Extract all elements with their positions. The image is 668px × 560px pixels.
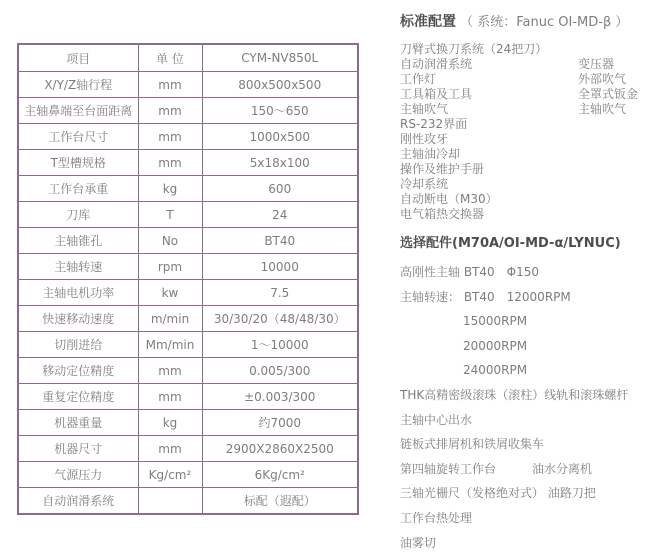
list-item: 链板式排屑机和铁屑收集车 (400, 432, 664, 457)
list-item: 油雾切 (400, 531, 664, 556)
spec-table: 项目 单 位 CYM-NV850L X/Y/Z轴行程mm800x500x500 … (17, 43, 359, 515)
table-row: 工作台承重kg600 (18, 176, 358, 202)
spec-unit-cell: mm (138, 150, 202, 176)
spec-unit-cell: kg (138, 176, 202, 202)
table-header-row: 项目 单 位 CYM-NV850L (18, 44, 358, 72)
spec-value-cell: ±0.003/300 (202, 384, 358, 410)
table-row: X/Y/Z轴行程mm800x500x500 (18, 72, 358, 98)
table-row: 主轴锥孔NoBT40 (18, 228, 358, 254)
list-item: 主轴吹气 (578, 102, 664, 117)
list-item: RS-232界面 (400, 117, 578, 132)
table-row: 刀库T24 (18, 202, 358, 228)
spec-value-cell: 1～10000 (202, 332, 358, 358)
list-item: 高刚性主轴 BT40 Φ150 (400, 260, 664, 285)
spec-item-cell: 主轴电机功率 (18, 280, 138, 306)
table-row: 主轴鼻端至台面距离mm150～650 (18, 98, 358, 124)
table-row: T型槽规格mm5x18x100 (18, 150, 358, 176)
optional-parts-title: 选择配件 (400, 236, 452, 251)
spec-unit-cell: No (138, 228, 202, 254)
table-row: 主轴电机功率kw7.5 (18, 280, 358, 306)
list-item: 主轴油冷却 (400, 147, 578, 162)
list-item: THK高精密级滚珠（滚柱）线轨和滚珠螺杆 (400, 383, 664, 408)
list-item: 工作灯 (400, 72, 578, 87)
spec-item-cell: 主轴转速 (18, 254, 138, 280)
spec-value-cell: 2900X2860X2500 (202, 436, 358, 462)
spec-item-cell: 主轴锥孔 (18, 228, 138, 254)
spec-unit-cell: kg (138, 410, 202, 436)
list-item: 15000RPM (400, 309, 664, 334)
spec-unit-cell (138, 488, 202, 515)
list-item: 变压器 (578, 57, 664, 72)
header-item: 项目 (18, 44, 138, 72)
list-item: 电气箱热交换器 (400, 207, 578, 222)
config-panel: 标准配置 （ 系统：Fanuc OI-MD-β ） 刀臂式换刀系统（24把刀） … (400, 13, 664, 555)
spec-item-cell: 刀库 (18, 202, 138, 228)
standard-config-lists: 自动润滑系统 工作灯 工具箱及工具 主轴吹气 RS-232界面 刚性攻牙 主轴油… (400, 57, 664, 222)
spec-item-cell: 快速移动速度 (18, 306, 138, 332)
spec-item-cell: 气源压力 (18, 462, 138, 488)
spec-item-cell: 机器重量 (18, 410, 138, 436)
optional-parts-list: 高刚性主轴 BT40 Φ150 主轴转速： BT40 12000RPM 1500… (400, 260, 664, 555)
spec-unit-cell: Mm/min (138, 332, 202, 358)
standard-config-first-item: 刀臂式换刀系统（24把刀） (400, 42, 664, 57)
spec-unit-cell: kw (138, 280, 202, 306)
header-unit: 单 位 (138, 44, 202, 72)
optional-parts-heading: 选择配件(M70A/OI-MD-α/LYNUC) (400, 235, 664, 253)
spec-value-cell: BT40 (202, 228, 358, 254)
header-model: CYM-NV850L (202, 44, 358, 72)
spec-item-cell: 工作台尺寸 (18, 124, 138, 150)
list-item: 全罩式钣金 (578, 87, 664, 102)
list-item: 冷却系统 (400, 177, 578, 192)
standard-config-heading: 标准配置 （ 系统：Fanuc OI-MD-β ） (400, 13, 664, 32)
spec-item-cell: 主轴鼻端至台面距离 (18, 98, 138, 124)
optional-parts-subtitle: (M70A/OI-MD-α/LYNUC) (452, 236, 621, 251)
spec-item-cell: 机器尺寸 (18, 436, 138, 462)
table-row: 工作台尺寸mm1000x500 (18, 124, 358, 150)
spec-item-cell: 重复定位精度 (18, 384, 138, 410)
table-row: 重复定位精度mm±0.003/300 (18, 384, 358, 410)
table-row: 移动定位精度mm0.005/300 (18, 358, 358, 384)
spec-item-cell: T型槽规格 (18, 150, 138, 176)
spec-value-cell: 5x18x100 (202, 150, 358, 176)
spec-value-cell: 30/30/20（48/48/30） (202, 306, 358, 332)
spec-unit-cell: rpm (138, 254, 202, 280)
list-item: 24000RPM (400, 358, 664, 383)
list-item: 外部吹气 (578, 72, 664, 87)
spec-value-cell: 150～650 (202, 98, 358, 124)
spec-item-cell: X/Y/Z轴行程 (18, 72, 138, 98)
spec-item-cell: 自动润滑系统 (18, 488, 138, 515)
table-row: 主轴转速rpm10000 (18, 254, 358, 280)
spec-value-cell: 标配（遐配） (202, 488, 358, 515)
spec-unit-cell: T (138, 202, 202, 228)
table-row: 气源压力Kg/cm²6Kg/cm² (18, 462, 358, 488)
spec-unit-cell: mm (138, 436, 202, 462)
spec-item-cell: 移动定位精度 (18, 358, 138, 384)
spec-unit-cell: mm (138, 384, 202, 410)
list-item: 自动润滑系统 (400, 57, 578, 72)
spec-value-cell: 0.005/300 (202, 358, 358, 384)
spec-value-cell: 10000 (202, 254, 358, 280)
spec-unit-cell: m/min (138, 306, 202, 332)
standard-config-left-list: 自动润滑系统 工作灯 工具箱及工具 主轴吹气 RS-232界面 刚性攻牙 主轴油… (400, 57, 578, 222)
list-item: 主轴吹气 (400, 102, 578, 117)
spec-value-cell: 约7000 (202, 410, 358, 436)
list-item: 主轴中心出水 (400, 408, 664, 433)
spec-value-cell: 6Kg/cm² (202, 462, 358, 488)
table-row: 自动润滑系统标配（遐配） (18, 488, 358, 515)
list-item: 工具箱及工具 (400, 87, 578, 102)
spec-value-cell: 24 (202, 202, 358, 228)
list-item: 第四轴旋转工作台 油水分离机 (400, 457, 664, 482)
standard-config-title: 标准配置 (400, 14, 456, 30)
list-item: 20000RPM (400, 334, 664, 359)
list-item: 操作及维护手册 (400, 162, 578, 177)
spec-value-cell: 1000x500 (202, 124, 358, 150)
spec-unit-cell: mm (138, 98, 202, 124)
list-item: 刚性攻牙 (400, 132, 578, 147)
spec-unit-cell: Kg/cm² (138, 462, 202, 488)
list-item: 三轴光栅尺（发格绝对式） 油路刀把 (400, 481, 664, 506)
spec-unit-cell: mm (138, 358, 202, 384)
spec-item-cell: 切削进给 (18, 332, 138, 358)
list-item: 自动断电（M30） (400, 192, 578, 207)
spec-unit-cell: mm (138, 124, 202, 150)
list-item: 主轴转速： BT40 12000RPM (400, 285, 664, 310)
spec-value-cell: 800x500x500 (202, 72, 358, 98)
table-row: 快速移动速度m/min30/30/20（48/48/30） (18, 306, 358, 332)
spec-unit-cell: mm (138, 72, 202, 98)
list-item: 工作台热处理 (400, 506, 664, 531)
spec-value-cell: 7.5 (202, 280, 358, 306)
table-row: 机器尺寸mm2900X2860X2500 (18, 436, 358, 462)
spec-item-cell: 工作台承重 (18, 176, 138, 202)
table-row: 切削进给Mm/min1～10000 (18, 332, 358, 358)
table-row: 机器重量kg约7000 (18, 410, 358, 436)
spec-value-cell: 600 (202, 176, 358, 202)
page: { "colors":{ "table_border":"#8e6b8e", "… (0, 0, 668, 560)
standard-config-right-list: 变压器 外部吹气 全罩式钣金 主轴吹气 (578, 57, 664, 222)
standard-config-subtitle: （ 系统：Fanuc OI-MD-β ） (456, 15, 628, 30)
